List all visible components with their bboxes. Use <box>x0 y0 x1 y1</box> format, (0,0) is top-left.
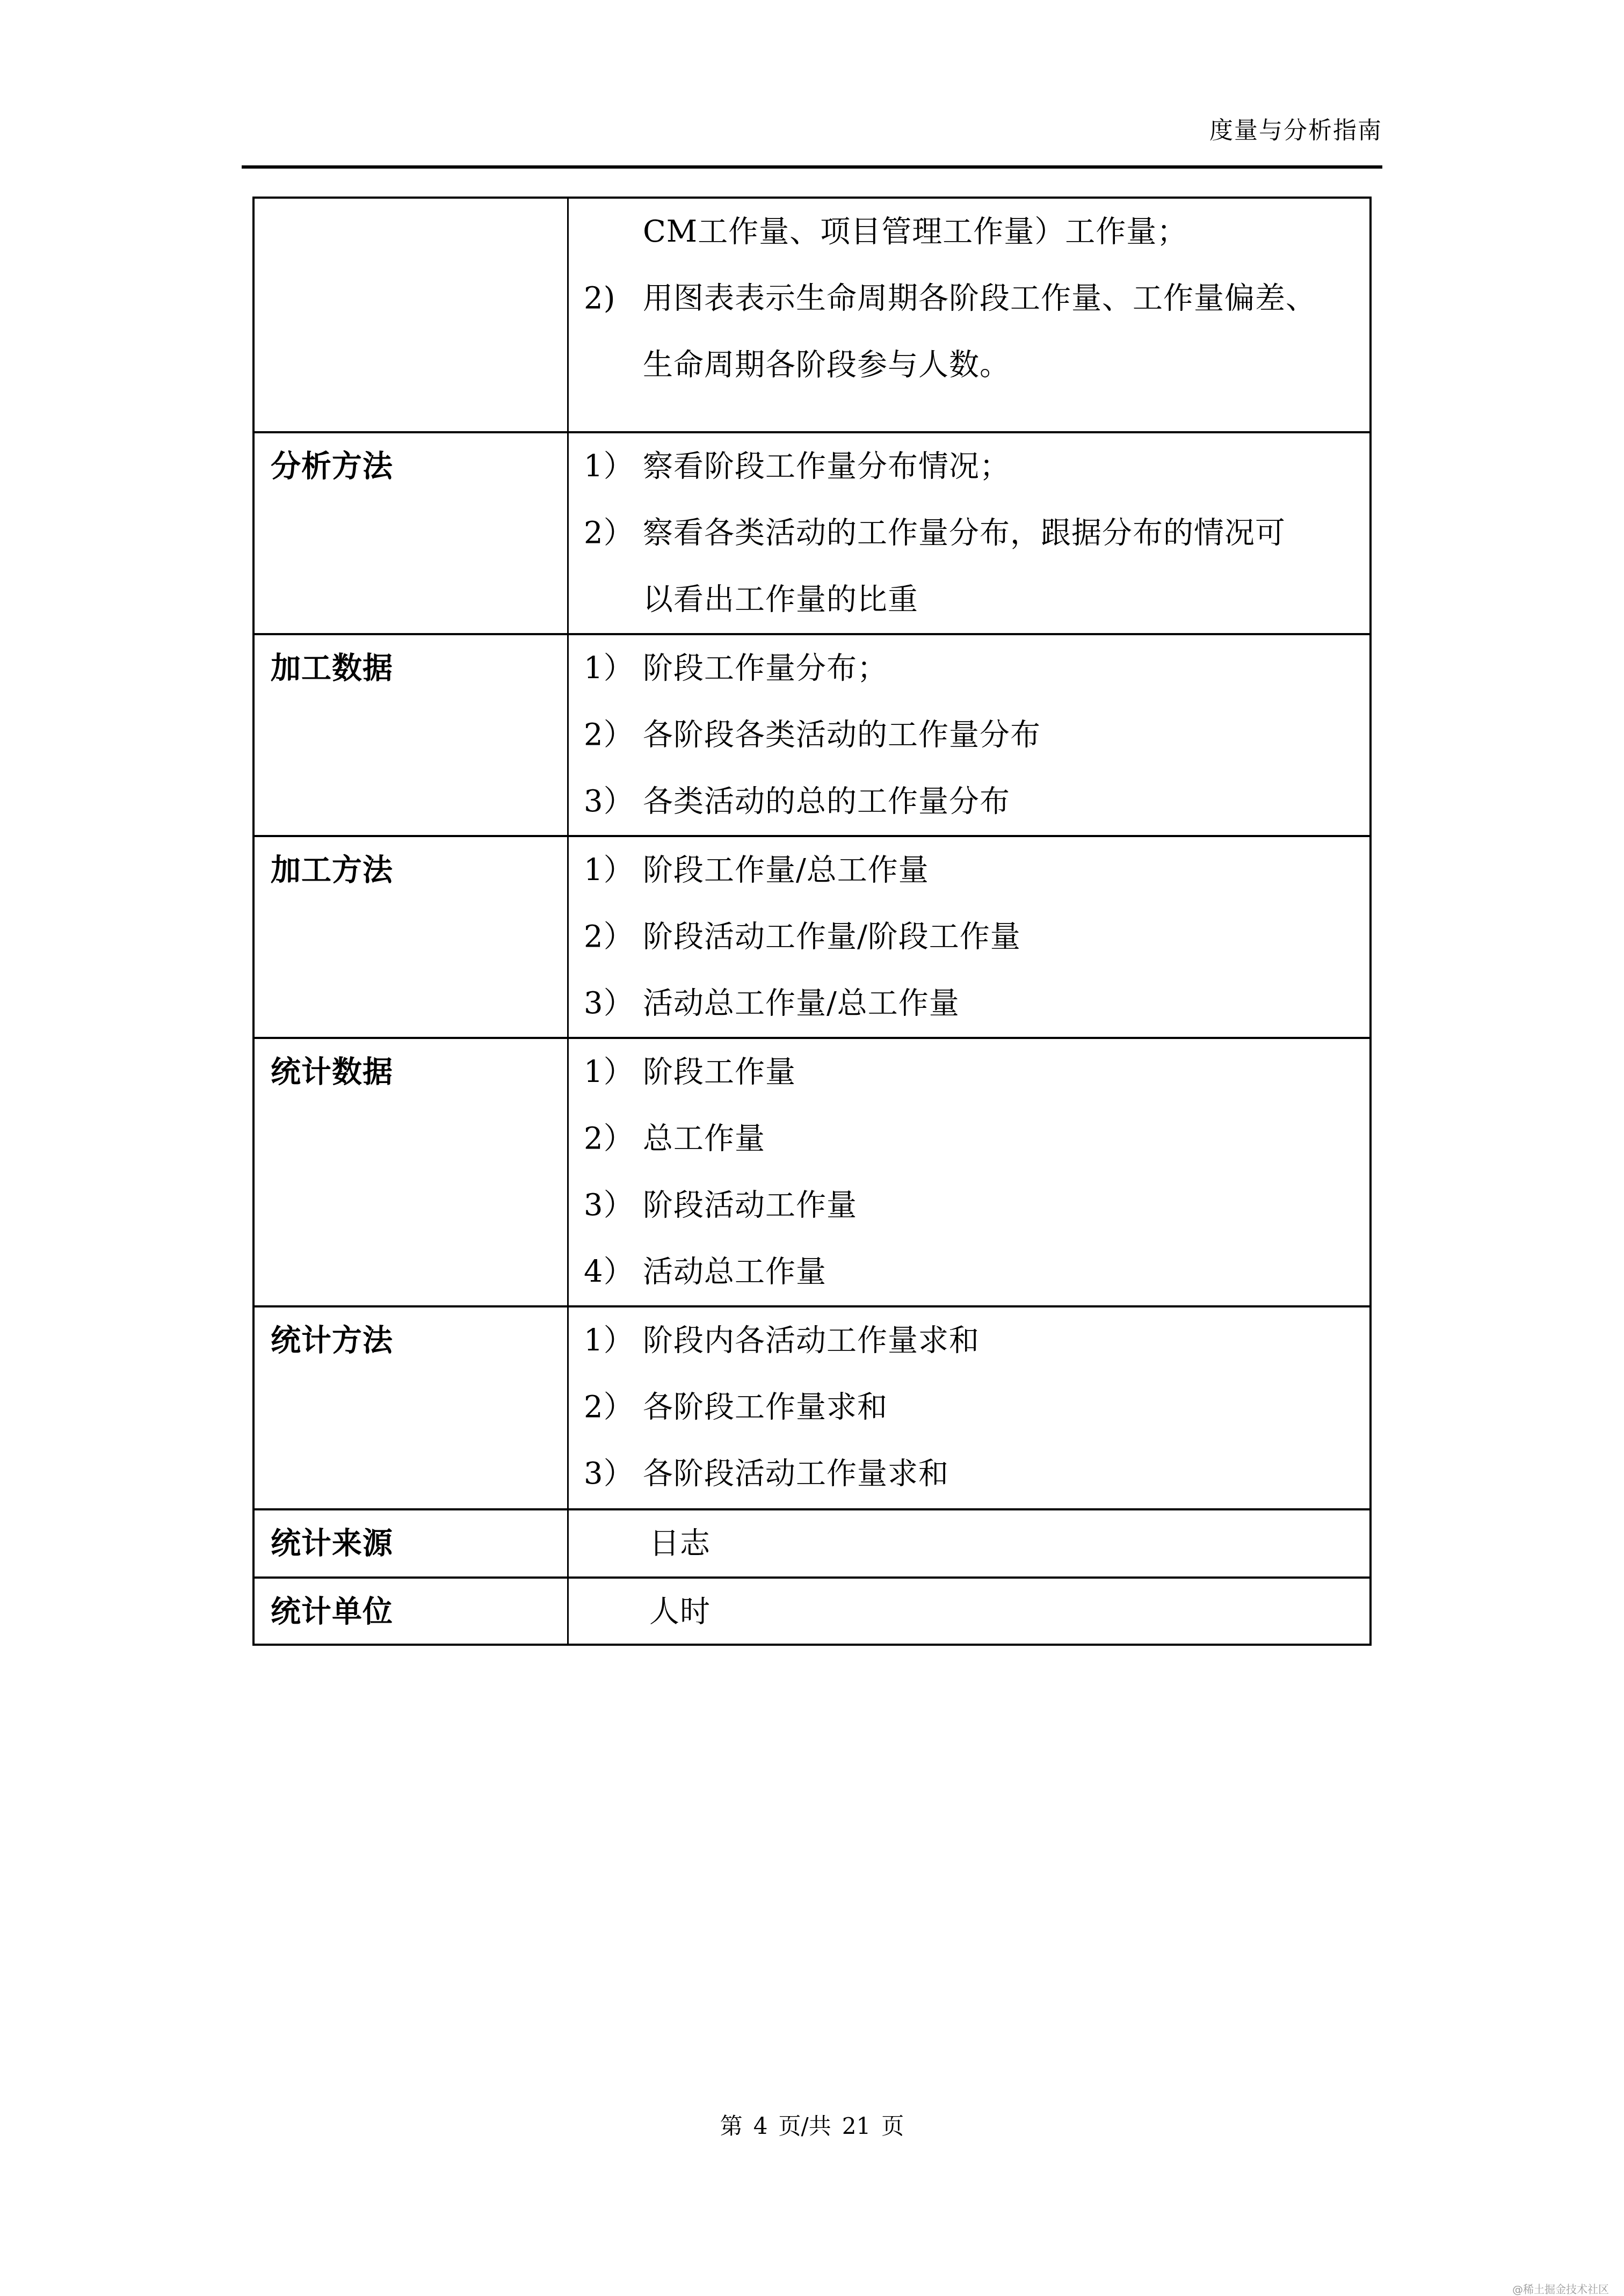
list-item: 1）阶段工作量分布； <box>569 647 1369 690</box>
row-label: 统计数据 <box>255 1039 567 1094</box>
list-item: 1）阶段工作量/总工作量 <box>569 849 1369 892</box>
row-label: 加工数据 <box>255 635 567 690</box>
row-label-cell <box>253 198 568 432</box>
table-row: 加工方法 1）阶段工作量/总工作量 2）阶段活动工作量/阶段工作量 3）活动总工… <box>253 836 1371 1038</box>
row-label-cell: 统计数据 <box>253 1038 568 1306</box>
row-label-cell: 加工方法 <box>253 836 568 1038</box>
row-label: 分析方法 <box>255 433 567 488</box>
table-row: 统计数据 1）阶段工作量 2）总工作量 3）阶段活动工作量 4）活动总工作量 <box>253 1038 1371 1306</box>
watermark: @稀土掘金技术社区 <box>1512 2281 1609 2296</box>
row-label-cell: 加工数据 <box>253 634 568 836</box>
row-content-cell: 1）阶段工作量/总工作量 2）阶段活动工作量/阶段工作量 3）活动总工作量/总工… <box>568 836 1371 1038</box>
list-item: 1）阶段内各活动工作量求和 <box>569 1319 1369 1362</box>
list-item: 1）察看阶段工作量分布情况； <box>569 445 1369 488</box>
total-pages-number: 21 <box>842 2113 871 2139</box>
header-divider <box>242 165 1382 169</box>
row-label: 统计方法 <box>255 1307 567 1362</box>
list-item: 2）阶段活动工作量/阶段工作量 <box>569 916 1369 958</box>
row-label-cell: 统计单位 <box>253 1578 568 1645</box>
row-label: 统计来源 <box>255 1510 567 1565</box>
table-row: CM工作量、项目管理工作量）工作量； 2)用图表表示生命周期各阶段工作量、工作量… <box>253 198 1371 432</box>
list-item: CM工作量、项目管理工作量）工作量； <box>569 210 1369 253</box>
document-title: 度量与分析指南 <box>1209 115 1382 147</box>
list-item: 以看出工作量的比重 <box>569 578 1369 621</box>
row-content-cell: 1）阶段内各活动工作量求和 2）各阶段工作量求和 3）各阶段活动工作量求和 <box>568 1306 1371 1509</box>
list-item: 4）活动总工作量 <box>569 1251 1369 1294</box>
row-label: 统计单位 <box>255 1579 567 1633</box>
list-item: 2）总工作量 <box>569 1117 1369 1160</box>
current-page-number: 4 <box>753 2113 768 2139</box>
list-item: 2）各阶段工作量求和 <box>569 1386 1369 1429</box>
row-label-cell: 统计来源 <box>253 1509 568 1578</box>
list-item: 2)用图表表示生命周期各阶段工作量、工作量偏差、 <box>569 277 1369 320</box>
list-item: 2）各阶段各类活动的工作量分布 <box>569 714 1369 757</box>
page-footer: 第4页/共21页 <box>0 2110 1624 2142</box>
list-item: 3）阶段活动工作量 <box>569 1184 1369 1227</box>
row-content-cell: 1）阶段工作量分布； 2）各阶段各类活动的工作量分布 3）各类活动的总的工作量分… <box>568 634 1371 836</box>
row-content-cell: 人时 <box>568 1578 1371 1645</box>
row-content-cell: 1）阶段工作量 2）总工作量 3）阶段活动工作量 4）活动总工作量 <box>568 1038 1371 1306</box>
row-label: 加工方法 <box>255 837 567 892</box>
row-label-cell: 分析方法 <box>253 432 568 634</box>
table-row: 统计单位 人时 <box>253 1578 1371 1645</box>
row-label-cell: 统计方法 <box>253 1306 568 1509</box>
list-item: 3）各类活动的总的工作量分布 <box>569 780 1369 823</box>
row-value: 日志 <box>569 1510 1369 1565</box>
row-content-cell: 1）察看阶段工作量分布情况； 2）察看各类活动的工作量分布，跟据分布的情况可 以… <box>568 432 1371 634</box>
list-item: 3）活动总工作量/总工作量 <box>569 982 1369 1025</box>
table-row: 统计方法 1）阶段内各活动工作量求和 2）各阶段工作量求和 3）各阶段活动工作量… <box>253 1306 1371 1509</box>
list-item: 生命周期各阶段参与人数。 <box>569 344 1369 387</box>
row-content-cell: CM工作量、项目管理工作量）工作量； 2)用图表表示生命周期各阶段工作量、工作量… <box>568 198 1371 432</box>
table-row: 分析方法 1）察看阶段工作量分布情况； 2）察看各类活动的工作量分布，跟据分布的… <box>253 432 1371 634</box>
table-row: 加工数据 1）阶段工作量分布； 2）各阶段各类活动的工作量分布 3）各类活动的总… <box>253 634 1371 836</box>
metrics-table: CM工作量、项目管理工作量）工作量； 2)用图表表示生命周期各阶段工作量、工作量… <box>252 197 1372 1646</box>
row-value: 人时 <box>569 1579 1369 1633</box>
page-header: 度量与分析指南 <box>242 0 1382 169</box>
list-item: 2）察看各类活动的工作量分布，跟据分布的情况可 <box>569 512 1369 555</box>
table-row: 统计来源 日志 <box>253 1509 1371 1578</box>
row-content-cell: 日志 <box>568 1509 1371 1578</box>
list-item: 3）各阶段活动工作量求和 <box>569 1452 1369 1495</box>
list-item: 1）阶段工作量 <box>569 1051 1369 1094</box>
